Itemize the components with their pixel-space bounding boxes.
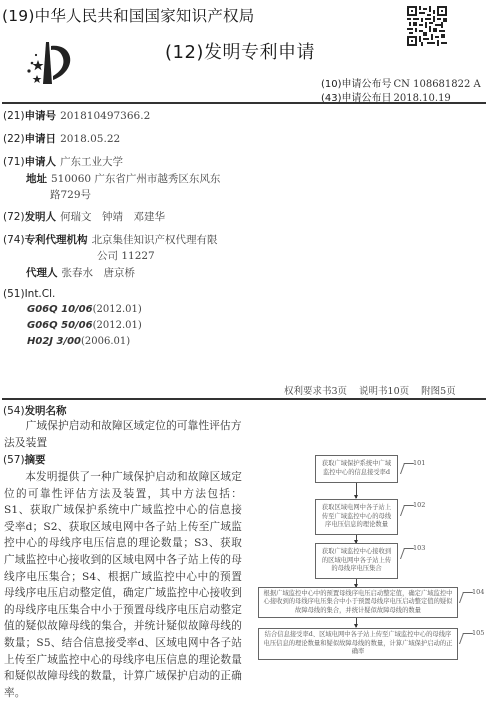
ipc-item: H02J 3/00(2006.01) (27, 336, 130, 347)
inventors-value: 何瑞文 钟靖 邓建华 (60, 211, 165, 223)
ipc-item: G06Q 10/06(2012.01) (27, 304, 142, 315)
ipc-version: (2012.01) (93, 304, 142, 315)
ipc-field: (51)Int.Cl. (3, 288, 55, 300)
field-label: Int.Cl. (25, 288, 56, 300)
agency-continuation: 公司 11227 (97, 248, 155, 263)
field-label: 摘要 (25, 454, 46, 466)
section-divider (2, 398, 486, 400)
agency-line-1: 北京集佳知识产权代理有限 (92, 234, 218, 246)
doc-type-code: (12) (165, 42, 204, 63)
agency-line-2: 公司 11227 (97, 250, 155, 262)
field-code: (22) (3, 133, 25, 145)
ipc-class: G06Q 50/06 (27, 320, 93, 331)
step-ref: 104 (472, 588, 484, 596)
ref-leader (400, 505, 414, 516)
document-type-title: (12)发明专利申请 (165, 38, 315, 64)
flowchart-step-102: 获取区域电网中各子站上传至广域监控中心的母线序电压信息的理论数量 (315, 499, 398, 535)
step-text: 获取广域监控中心接收到的区域电网中各子站上传的母线序电压集合 (319, 548, 394, 574)
step-text: 获取区域电网中各子站上传至广域监控中心的母线序电压信息的理论数量 (319, 504, 394, 530)
field-code: (71) (3, 156, 25, 168)
step-ref: 102 (413, 501, 425, 509)
address-line-2: 路729号 (50, 189, 91, 201)
field-code: (57) (3, 454, 25, 466)
claims-pages: 权利要求书3页 (284, 386, 347, 397)
field-code: (21) (3, 110, 25, 122)
arrow-down (356, 579, 357, 587)
office-code: (19) (2, 7, 35, 25)
office-name: 中华人民共和国国家知识产权局 (35, 7, 255, 25)
doc-type: 发明专利申请 (204, 42, 315, 63)
invention-title: 广域保护启动和故障区域定位的可靠性评估方法及装置 (4, 418, 244, 451)
ref-leader (400, 548, 414, 559)
ipc-class: H02J 3/00 (27, 336, 81, 347)
arrow-down (356, 618, 357, 627)
flowchart-step-104: 根据广域监控中心中的预置母线序电压启动整定值，确定广域监控中心接收到的母线序电压… (258, 587, 458, 618)
applicant-field: (71)申请人广东工业大学 (3, 154, 123, 169)
step-text: 获取广域保护系统中广域监控中心的信息接受率d (319, 460, 394, 477)
step-text: 结合信息接受率d、区域电网中各子站上传至广域监控中心的母线序电压信息的理论数量和… (262, 631, 454, 657)
step-ref: 105 (472, 629, 484, 637)
ref-leader (459, 633, 473, 644)
field-code: (51) (3, 288, 25, 300)
invention-title-heading: (54)发明名称 (3, 403, 67, 418)
field-label: 申请号 (25, 110, 57, 122)
ref-leader (400, 463, 414, 474)
page-counts: 权利要求书3页说明书10页附图5页 (284, 383, 468, 397)
publication-number: (10)申请公布号CN 108681822 A (321, 75, 481, 90)
step-ref: 101 (413, 459, 425, 467)
abstract-heading: (57)摘要 (3, 452, 46, 467)
flowchart-step-105: 结合信息接受率d、区域电网中各子站上传至广域监控中心的母线序电压信息的理论数量和… (258, 628, 458, 660)
filing-date-value: 2018.05.22 (60, 133, 120, 145)
flowchart-step-103: 获取广域监控中心接收到的区域电网中各子站上传的母线序电压集合 (315, 543, 398, 579)
agent-value: 张春水 唐京桥 (62, 267, 136, 279)
header-divider (2, 102, 486, 104)
ipc-item: G06Q 50/06(2012.01) (27, 320, 142, 331)
flowchart-step-101: 获取广域保护系统中广域监控中心的信息接受率d (315, 455, 398, 483)
drawings-pages: 附图5页 (421, 386, 456, 397)
abstract-text: 本发明提供了一种广域保护启动和故障区域定位的可靠性评估方法及装置，其中方法包括：… (4, 469, 242, 701)
issuing-office: (19)中华人民共和国国家知识产权局 (2, 4, 254, 26)
ipc-class: G06Q 10/06 (27, 304, 93, 315)
field-label: 申请人 (25, 156, 57, 168)
abstract-body: 本发明提供了一种广域保护启动和故障区域定位的可靠性评估方法及装置，其中方法包括：… (4, 469, 242, 701)
filing-date-field: (22)申请日2018.05.22 (3, 131, 120, 146)
description-pages: 说明书10页 (359, 386, 409, 397)
application-number-value: 201810497366.2 (60, 110, 150, 122)
field-label: 代理人 (26, 267, 58, 279)
address-field: 地址510060 广东省广州市越秀区东风东 (26, 171, 220, 186)
step-text: 根据广域监控中心中的预置母线序电压启动整定值，确定广域监控中心接收到的母线序电压… (262, 590, 454, 616)
qr-code-icon[interactable] (407, 6, 447, 46)
field-label: 地址 (26, 173, 47, 185)
field-label: 发明名称 (25, 405, 67, 417)
field-label: 专利代理机构 (25, 234, 88, 246)
field-label: 申请日 (25, 133, 57, 145)
field-code: (72) (3, 211, 25, 223)
agent-field: 代理人张春水 唐京桥 (26, 265, 135, 280)
application-number-field: (21)申请号201810497366.2 (3, 108, 150, 123)
arrow-down (356, 535, 357, 543)
address-line-1: 510060 广东省广州市越秀区东风东 (51, 173, 220, 185)
arrow-down (356, 483, 357, 498)
field-label: 发明人 (25, 211, 57, 223)
ipc-version: (2006.01) (81, 336, 130, 347)
ref-leader (459, 592, 473, 603)
field-code: (74) (3, 234, 25, 246)
inventors-field: (72)发明人何瑞文 钟靖 邓建华 (3, 209, 165, 224)
applicant-value: 广东工业大学 (60, 156, 123, 168)
ipc-version: (2012.01) (93, 320, 142, 331)
cnipa-logo-icon (22, 36, 82, 88)
step-ref: 103 (413, 544, 425, 552)
invention-title-text: 广域保护启动和故障区域定位的可靠性评估方法及装置 (4, 418, 244, 451)
agency-field: (74)专利代理机构北京集佳知识产权代理有限 (3, 232, 218, 247)
field-code: (54) (3, 405, 25, 417)
address-continuation: 路729号 (50, 187, 91, 202)
